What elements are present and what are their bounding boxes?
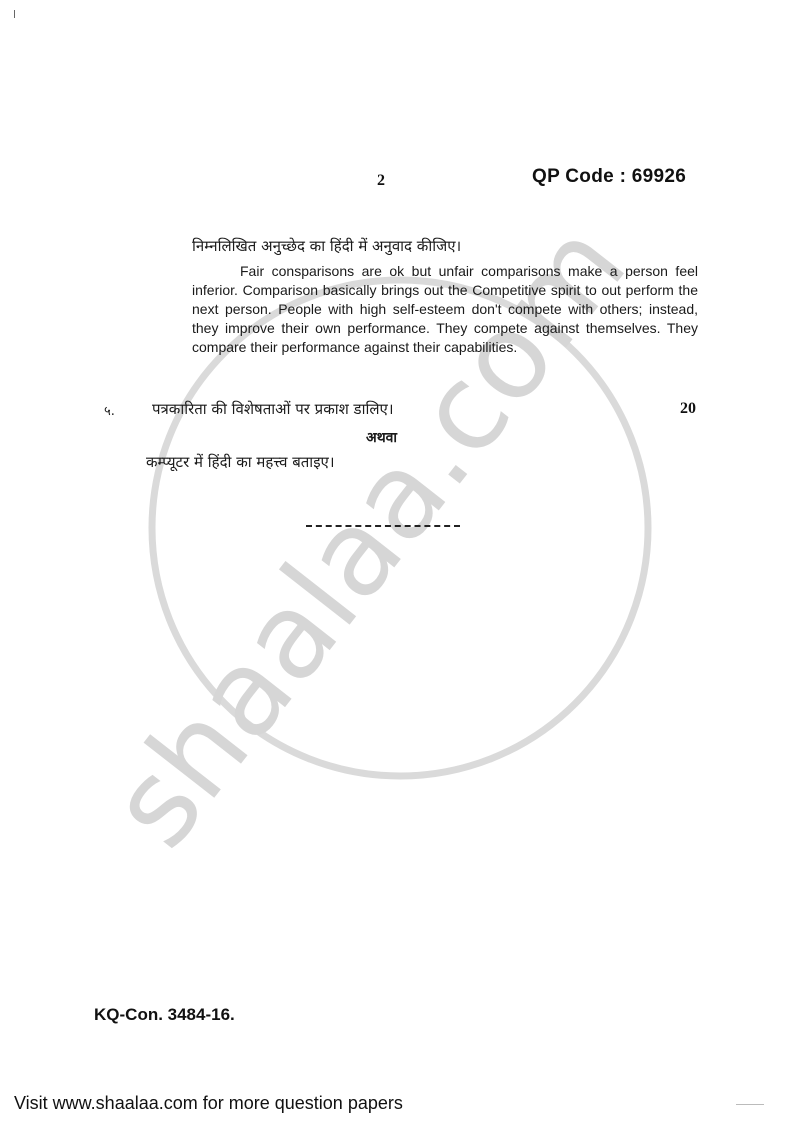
translation-instruction: निम्नलिखित अनुच्छेद का हिंदी में अनुवाद … — [192, 236, 461, 256]
footer-code: KQ-Con. 3484-16. — [94, 1005, 235, 1025]
question-number: ५. — [104, 401, 115, 419]
passage-text: Fair consparisons are ok but unfair comp… — [192, 262, 698, 357]
qp-code: QP Code : 69926 — [532, 166, 686, 188]
end-divider — [306, 525, 460, 527]
footer-divider — [736, 1104, 764, 1105]
question-marks: 20 — [680, 400, 696, 418]
question-text: पत्रकारिता की विशेषताओं पर प्रकाश डालिए। — [152, 399, 394, 419]
scan-mark — [14, 10, 15, 18]
site-footer-link[interactable]: Visit www.shaalaa.com for more question … — [14, 1093, 403, 1114]
alternative-question-text: कम्प्यूटर में हिंदी का महत्त्व बताइए। — [146, 452, 335, 472]
or-label: अथवा — [366, 428, 397, 447]
page-number: 2 — [377, 172, 385, 190]
